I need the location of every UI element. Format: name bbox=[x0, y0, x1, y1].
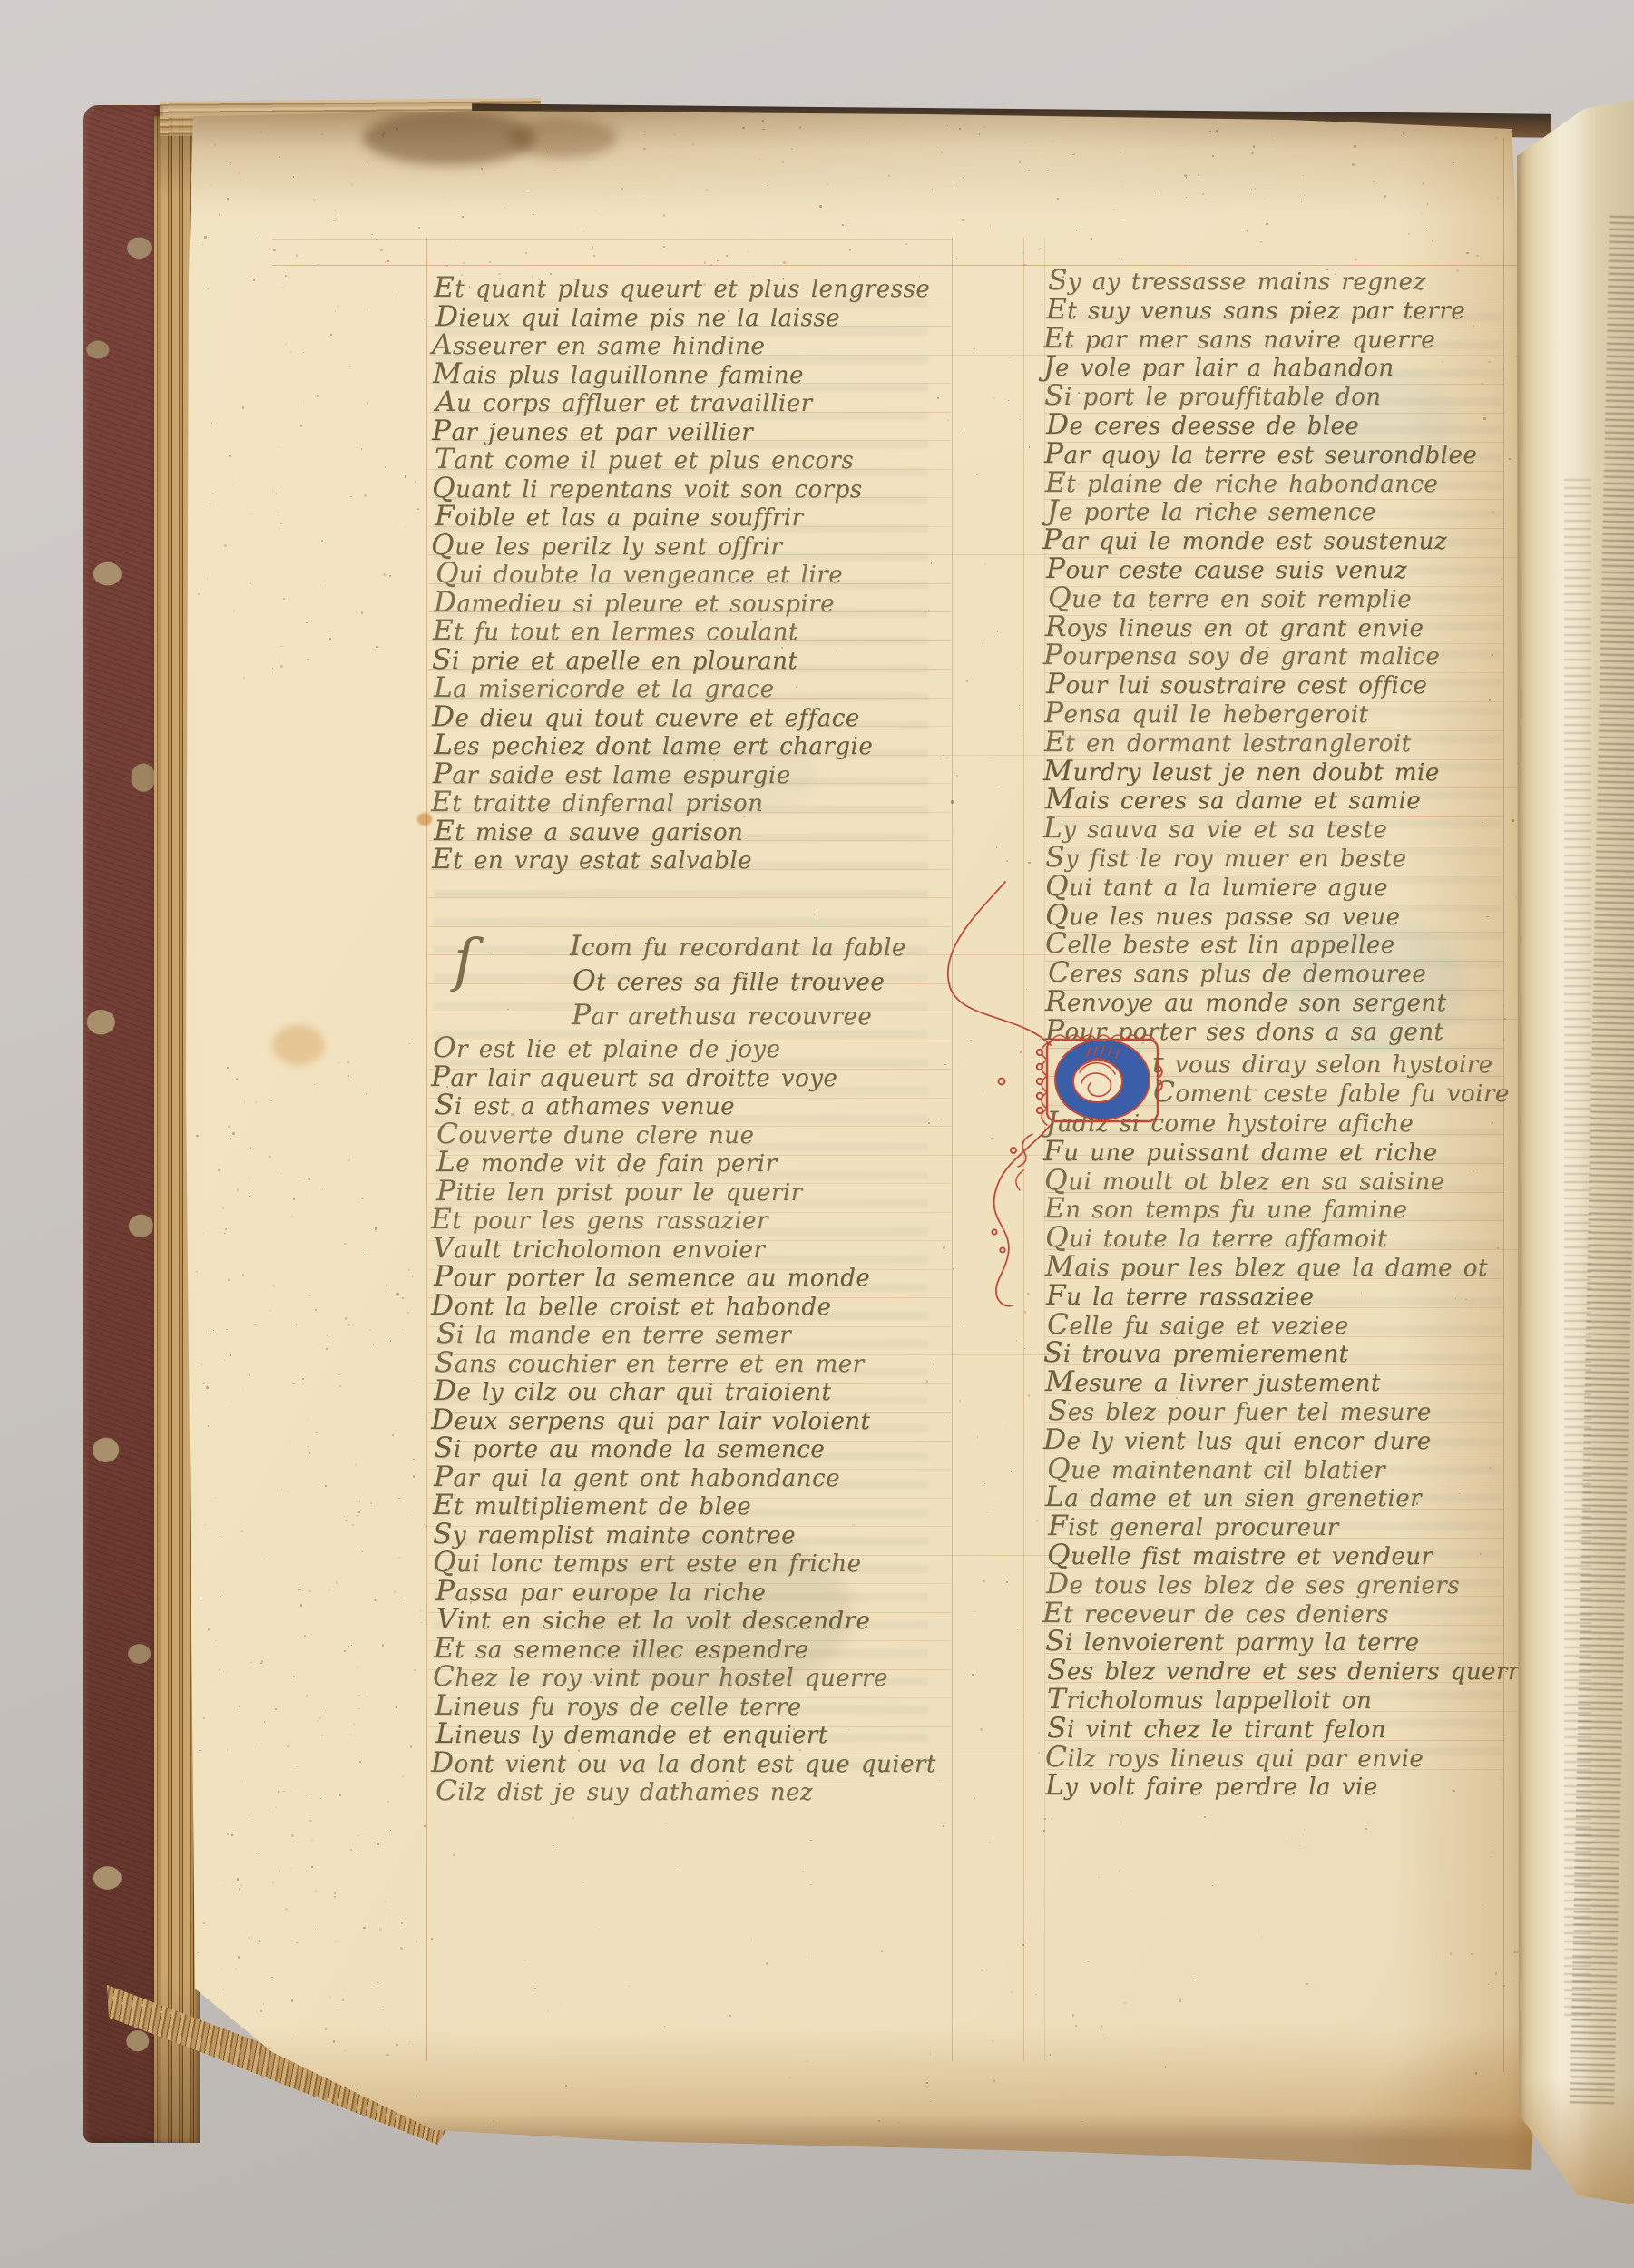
speckle bbox=[417, 508, 419, 510]
speckle bbox=[285, 1908, 287, 1911]
speckle bbox=[357, 175, 358, 176]
speckle bbox=[1205, 199, 1207, 201]
speckle bbox=[983, 1094, 984, 1096]
speckle bbox=[635, 1455, 637, 1457]
speckle bbox=[842, 224, 844, 226]
speckle bbox=[524, 1960, 526, 1962]
speckle bbox=[206, 1331, 208, 1333]
speckle bbox=[224, 544, 226, 547]
speckle bbox=[742, 127, 744, 129]
speckle bbox=[210, 503, 210, 504]
speckle bbox=[1047, 170, 1048, 171]
speckle bbox=[201, 1364, 202, 1365]
speckle bbox=[550, 273, 552, 275]
speckle bbox=[631, 1240, 632, 1242]
speckle bbox=[993, 2080, 995, 2082]
speckle bbox=[1507, 269, 1508, 270]
speckle bbox=[1025, 142, 1026, 143]
speckle bbox=[1253, 145, 1255, 147]
speckle bbox=[260, 131, 262, 133]
speckle bbox=[1119, 258, 1121, 259]
speckle bbox=[907, 1770, 908, 1771]
speckle bbox=[1186, 197, 1187, 198]
speckle bbox=[507, 1209, 508, 1210]
speckle bbox=[1068, 1403, 1070, 1405]
speckle bbox=[488, 953, 490, 953]
speckle bbox=[762, 120, 764, 122]
speckle bbox=[1482, 1905, 1483, 1906]
speckle bbox=[802, 1871, 804, 1872]
speckle bbox=[1143, 1215, 1144, 1216]
speckle bbox=[1287, 1735, 1288, 1737]
speckle bbox=[1023, 264, 1025, 266]
speckle bbox=[275, 1708, 277, 1710]
speckle bbox=[930, 2053, 932, 2055]
speckle bbox=[736, 133, 737, 134]
speckle bbox=[1121, 1821, 1123, 1823]
speckle bbox=[349, 1734, 351, 1735]
speckle bbox=[329, 638, 331, 640]
speckle bbox=[352, 1524, 354, 1526]
speckle bbox=[1505, 1671, 1507, 1672]
speckle bbox=[389, 575, 391, 577]
speckle bbox=[309, 1590, 311, 1592]
speckle bbox=[1365, 1828, 1366, 1829]
speckle bbox=[1024, 1348, 1025, 1349]
speckle bbox=[242, 406, 244, 408]
speckle bbox=[1028, 1394, 1030, 1397]
speckle bbox=[232, 1132, 234, 1135]
speckle bbox=[283, 1791, 285, 1793]
speckle bbox=[197, 1952, 199, 1953]
speckle bbox=[710, 264, 712, 266]
speckle bbox=[379, 1087, 380, 1088]
speckle bbox=[795, 521, 797, 523]
speckle bbox=[1176, 1726, 1178, 1727]
speckle bbox=[1251, 189, 1252, 190]
speckle bbox=[1019, 161, 1021, 163]
speckle bbox=[385, 261, 386, 262]
speckle bbox=[767, 185, 768, 186]
speckle bbox=[290, 1868, 291, 1869]
speckle bbox=[1185, 262, 1186, 263]
speckle bbox=[344, 1650, 346, 1651]
speckle bbox=[359, 1501, 360, 1502]
speckle bbox=[259, 1742, 259, 1743]
speckle bbox=[348, 1159, 350, 1160]
speckle bbox=[228, 1126, 230, 1128]
speckle bbox=[198, 593, 200, 595]
speckle bbox=[690, 1373, 692, 1374]
speckle bbox=[196, 1135, 198, 1137]
speckle bbox=[455, 240, 455, 241]
speckle bbox=[1212, 155, 1214, 157]
speckle bbox=[215, 1497, 216, 1498]
speckle bbox=[296, 1942, 298, 1943]
speckle bbox=[238, 172, 240, 174]
speckle bbox=[799, 1749, 801, 1751]
speckle bbox=[1098, 1877, 1100, 1879]
speckle bbox=[592, 246, 593, 249]
speckle bbox=[947, 125, 948, 126]
speckle bbox=[1299, 1845, 1300, 1846]
speckle bbox=[731, 947, 732, 948]
speckle bbox=[1040, 248, 1042, 249]
speckle bbox=[240, 180, 241, 181]
speckle bbox=[408, 1268, 410, 1271]
speckle bbox=[532, 276, 533, 277]
speckle bbox=[1120, 850, 1120, 851]
speckle bbox=[203, 1383, 204, 1384]
speckle bbox=[326, 1348, 328, 1350]
speckle bbox=[364, 494, 366, 497]
speckle bbox=[348, 1324, 349, 1325]
speckle bbox=[788, 2077, 790, 2078]
speckle bbox=[928, 610, 930, 611]
speckle bbox=[296, 254, 298, 257]
speckle bbox=[287, 1491, 289, 1492]
speckle bbox=[231, 1834, 233, 1836]
speckle bbox=[249, 1178, 250, 1180]
speckle bbox=[270, 1100, 272, 1101]
speckle bbox=[1466, 252, 1469, 254]
speckle bbox=[215, 1640, 217, 1642]
speckle bbox=[1237, 1308, 1238, 1310]
speckle bbox=[743, 816, 745, 817]
speckle bbox=[1080, 1432, 1081, 1434]
speckle bbox=[768, 947, 770, 949]
speckle bbox=[1316, 265, 1316, 266]
speckle bbox=[386, 2054, 388, 2056]
speckle bbox=[218, 1164, 219, 1165]
speckle bbox=[984, 1483, 985, 1484]
speckle bbox=[385, 2026, 386, 2028]
speckle bbox=[315, 1309, 317, 1311]
speckle bbox=[941, 1119, 942, 1120]
speckle bbox=[1068, 841, 1070, 843]
speckle bbox=[598, 1929, 599, 1930]
speckle bbox=[974, 1611, 974, 1612]
speckle bbox=[933, 1364, 934, 1365]
speckle bbox=[351, 1645, 352, 1646]
speckle bbox=[1247, 230, 1248, 232]
speckle bbox=[919, 276, 920, 277]
speckle bbox=[329, 1996, 332, 1998]
speckle bbox=[1455, 1298, 1456, 1299]
speckle bbox=[385, 466, 386, 468]
speckle bbox=[525, 252, 527, 253]
speckle bbox=[308, 1194, 308, 1195]
speckle bbox=[311, 1866, 313, 1868]
speckle bbox=[1013, 1027, 1014, 1028]
speckle bbox=[338, 1062, 339, 1063]
speckle bbox=[903, 123, 904, 124]
speckle bbox=[1179, 1999, 1180, 2002]
speckle bbox=[1091, 238, 1093, 240]
speckle bbox=[766, 1962, 768, 1965]
speckle bbox=[810, 1840, 812, 1842]
speckle bbox=[1198, 174, 1199, 176]
speckle bbox=[728, 310, 729, 312]
speckle bbox=[1260, 241, 1262, 243]
speckle bbox=[953, 1268, 954, 1270]
speckle bbox=[1053, 1601, 1054, 1603]
speckle bbox=[224, 1233, 225, 1234]
speckle bbox=[1353, 1131, 1354, 1133]
speckle bbox=[199, 1750, 201, 1751]
speckle bbox=[207, 288, 209, 289]
speckle bbox=[325, 1710, 326, 1711]
speckle bbox=[1065, 1148, 1066, 1149]
speckle bbox=[1423, 182, 1425, 185]
speckle bbox=[397, 1557, 400, 1559]
speckle bbox=[1456, 269, 1458, 271]
speckle bbox=[713, 759, 714, 761]
speckle bbox=[774, 263, 776, 265]
speckle bbox=[306, 622, 308, 624]
speckle bbox=[561, 2004, 562, 2005]
speckle bbox=[1022, 336, 1023, 337]
speckle bbox=[1354, 145, 1356, 148]
speckle bbox=[1403, 136, 1404, 137]
speckle bbox=[400, 1947, 403, 1950]
speckle bbox=[263, 2003, 264, 2004]
speckle bbox=[283, 598, 285, 600]
speckle bbox=[629, 779, 630, 780]
speckle bbox=[424, 1524, 425, 1526]
speckle bbox=[881, 1950, 883, 1952]
speckle bbox=[706, 189, 708, 191]
speckle bbox=[652, 837, 654, 839]
speckle bbox=[1497, 197, 1499, 199]
speckle bbox=[1267, 647, 1268, 648]
speckle bbox=[290, 351, 292, 353]
speckle bbox=[396, 290, 397, 291]
speckle bbox=[819, 205, 821, 208]
speckle bbox=[1255, 1089, 1257, 1091]
speckle bbox=[281, 1173, 282, 1174]
speckle bbox=[1212, 1885, 1213, 1886]
speckle bbox=[1488, 361, 1490, 363]
speckle bbox=[319, 1717, 322, 1720]
speckle bbox=[943, 755, 944, 757]
speckle bbox=[682, 338, 683, 339]
speckle bbox=[258, 1853, 259, 1854]
speckle bbox=[1289, 1843, 1290, 1843]
speckle bbox=[250, 1662, 252, 1664]
speckle bbox=[497, 269, 498, 270]
speckle bbox=[214, 144, 216, 146]
speckle bbox=[814, 914, 815, 914]
speckle bbox=[279, 1870, 281, 1872]
speckle bbox=[461, 274, 463, 276]
speckle bbox=[1266, 223, 1267, 225]
speckle bbox=[1293, 731, 1294, 732]
speckle bbox=[827, 740, 828, 741]
speckle bbox=[398, 1498, 399, 1499]
speckle bbox=[235, 1968, 236, 1969]
speckle bbox=[255, 1101, 256, 1103]
speckle bbox=[317, 395, 319, 397]
speckle bbox=[230, 162, 232, 163]
speckle bbox=[320, 1798, 321, 1799]
speckle bbox=[1473, 325, 1474, 327]
speckle bbox=[271, 1977, 273, 1979]
speckle bbox=[426, 1420, 427, 1422]
speckle bbox=[725, 284, 726, 285]
speckle bbox=[278, 445, 279, 446]
speckle bbox=[511, 1113, 513, 1116]
speckle bbox=[309, 1820, 311, 1822]
speckle bbox=[1355, 259, 1356, 259]
speckle bbox=[1115, 611, 1117, 611]
speckle bbox=[382, 1644, 384, 1647]
speckle bbox=[1050, 2054, 1052, 2056]
speckle bbox=[783, 261, 785, 264]
speckle bbox=[1017, 1629, 1018, 1630]
speckle bbox=[413, 1459, 415, 1461]
speckle bbox=[807, 1956, 807, 1957]
speckle bbox=[260, 1663, 261, 1664]
speckle bbox=[547, 152, 548, 152]
speckle bbox=[405, 526, 406, 527]
speckle bbox=[229, 455, 231, 457]
speckle bbox=[424, 319, 425, 320]
speckle bbox=[303, 402, 304, 404]
speckle bbox=[504, 207, 505, 209]
speckle bbox=[1209, 131, 1211, 132]
speckle bbox=[230, 1138, 231, 1139]
speckle bbox=[376, 646, 377, 648]
speckle bbox=[449, 657, 451, 659]
speckle bbox=[289, 1441, 290, 1442]
speckle bbox=[1195, 1414, 1196, 1415]
speckle bbox=[270, 1310, 272, 1312]
speckle bbox=[989, 1842, 991, 1843]
speckle bbox=[943, 1246, 944, 1249]
speckle bbox=[205, 1524, 206, 1525]
speckle bbox=[220, 1596, 221, 1597]
speckle bbox=[1017, 668, 1018, 669]
speckle bbox=[319, 2128, 320, 2129]
speckle bbox=[941, 152, 943, 153]
speckle bbox=[206, 1386, 208, 1389]
speckle bbox=[230, 1402, 231, 1403]
speckle bbox=[1459, 1493, 1460, 1495]
speckle bbox=[704, 261, 706, 264]
speckle bbox=[530, 191, 531, 191]
speckle bbox=[500, 122, 501, 123]
speckle bbox=[1191, 642, 1192, 643]
speckle bbox=[1073, 153, 1075, 155]
speckle bbox=[292, 1383, 294, 1384]
speckle bbox=[1112, 209, 1115, 210]
speckle bbox=[266, 1559, 267, 1559]
speckle bbox=[339, 1385, 341, 1387]
speckle bbox=[1119, 1870, 1120, 1871]
speckle bbox=[1043, 1830, 1045, 1832]
speckle bbox=[1503, 1039, 1505, 1041]
speckle bbox=[1024, 1311, 1026, 1314]
speckle bbox=[251, 513, 252, 514]
speckle bbox=[321, 540, 323, 542]
speckle bbox=[280, 523, 282, 524]
speckle bbox=[1011, 1991, 1013, 1993]
speckle bbox=[1136, 857, 1138, 859]
speckle bbox=[1489, 1467, 1491, 1469]
speckle bbox=[726, 1780, 728, 1782]
speckle bbox=[300, 425, 302, 427]
speckle bbox=[402, 1775, 405, 1777]
speckle bbox=[348, 1646, 349, 1647]
speckle bbox=[717, 260, 719, 261]
speckle bbox=[420, 1610, 422, 1612]
speckle bbox=[998, 787, 999, 788]
speckle bbox=[448, 200, 449, 200]
speckle bbox=[293, 1676, 295, 1677]
speckle bbox=[310, 1634, 312, 1635]
speckle bbox=[1216, 130, 1218, 132]
speckle bbox=[1078, 392, 1080, 394]
speckle bbox=[396, 1293, 399, 1295]
speckle bbox=[357, 1835, 359, 1836]
speckle bbox=[222, 1207, 224, 1209]
speckle bbox=[413, 1475, 416, 1478]
speckle bbox=[762, 357, 763, 358]
speckle bbox=[242, 1781, 243, 1782]
speckle bbox=[465, 1543, 466, 1545]
speckle bbox=[371, 234, 372, 235]
speckle bbox=[383, 573, 385, 576]
speckle bbox=[446, 1086, 448, 1088]
speckle bbox=[703, 283, 705, 286]
speckle bbox=[1016, 1340, 1017, 1342]
speckle bbox=[1373, 181, 1375, 183]
speckle bbox=[244, 1102, 245, 1103]
speckle bbox=[374, 1599, 377, 1601]
speckle bbox=[418, 227, 419, 228]
speckle bbox=[1075, 2025, 1077, 2028]
speckle bbox=[1169, 952, 1171, 953]
speckle bbox=[534, 1988, 537, 1990]
speckle bbox=[375, 1227, 377, 1229]
speckle bbox=[402, 1329, 403, 1330]
speckle bbox=[1505, 964, 1506, 965]
speckle bbox=[287, 1745, 289, 1748]
speckle bbox=[321, 1735, 323, 1736]
speckle bbox=[375, 1597, 376, 1598]
speckle bbox=[1326, 269, 1328, 269]
speckle bbox=[507, 1009, 509, 1011]
speckle bbox=[342, 1999, 344, 2000]
speckle bbox=[751, 1939, 753, 1941]
speckle bbox=[1517, 1951, 1518, 1952]
speckle bbox=[593, 255, 595, 257]
speckle bbox=[212, 493, 213, 494]
speckle bbox=[226, 1329, 228, 1331]
speckle bbox=[992, 2040, 993, 2041]
speckle bbox=[386, 1285, 387, 1286]
speckle bbox=[293, 1198, 295, 1200]
speckle bbox=[1169, 869, 1169, 870]
speckle bbox=[358, 1708, 360, 1710]
speckle bbox=[481, 168, 483, 170]
speckle bbox=[363, 1927, 366, 1929]
speckle bbox=[308, 1446, 309, 1447]
speckle bbox=[293, 176, 294, 177]
speckle bbox=[976, 474, 978, 475]
speckle bbox=[317, 1720, 318, 1721]
